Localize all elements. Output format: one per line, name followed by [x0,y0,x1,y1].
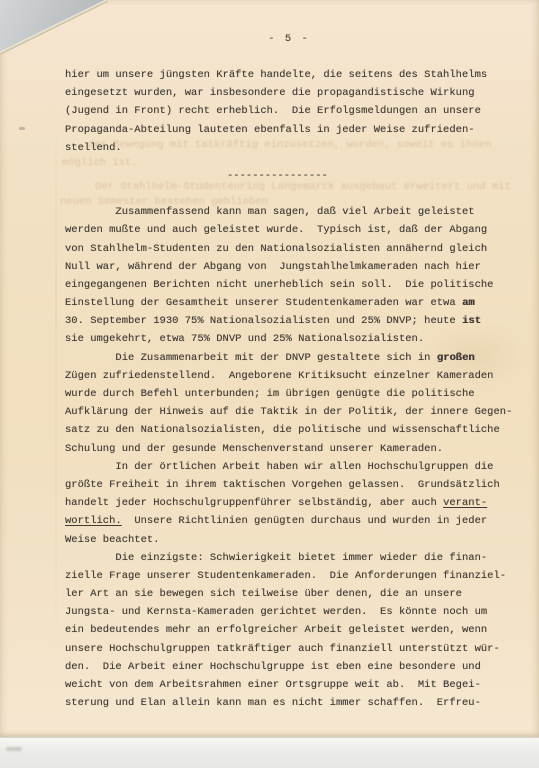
text-line: Zügen zufriedenstellend. Angeborene Krit… [65,367,527,385]
text-line: ein bedeutendes mehr an erfolgreicher Ar… [65,621,527,639]
smudge-mark [6,747,22,751]
text-line: sterung und Elan allein kann man es nich… [65,694,527,712]
text-line: ler Art an sie bewegen sich teilweise üb… [65,585,527,603]
text-line: wortlich. Unsere Richtlinien genügten du… [65,512,527,530]
paragraph: Die einzigste: Schwierigkeit bietet imme… [65,549,527,713]
document-body: hier um unsere jüngsten Kräfte handelte,… [65,66,527,712]
text-line: weicht von dem Arbeitsrahmen einer Ortsg… [65,676,527,694]
text-line: Zusammenfassend kann man sagen, daß viel… [65,203,527,221]
text-line: wurde durch Befehl unterbunden; im übrig… [65,385,527,403]
page-number: - 5 - [65,33,513,45]
text-line: Die einzigste: Schwierigkeit bietet imme… [65,549,527,567]
text-line: von Stahlhelm-Studenten zu den Nationals… [65,240,527,258]
paper-crease [55,90,57,690]
text-line: unsere Hochschulgruppen tatkräftiger auc… [65,640,527,658]
ink-speck [19,127,25,130]
text-line: 30. September 1930 75% Nationalsozialist… [65,312,527,330]
paper-sheet: - 5 - der Bewegung mit tatkräftig einzus… [0,0,539,737]
text-line: Propaganda-Abteilung lauteten ebenfalls … [65,121,527,139]
text-line: stellend. [65,139,527,157]
section-separator: ---------------- [65,167,527,185]
scanned-document-page: - 5 - der Bewegung mit tatkräftig einzus… [0,0,539,768]
text-line: Die Zusammenarbeit mit der DNVP gestalte… [65,349,527,367]
text-line: Schulung und der gesunde Menschenverstan… [65,440,527,458]
text-line: eingegangenen Berichten nicht unerheblic… [65,276,527,294]
text-line: Einstellung der Gesamtheit unserer Stude… [65,294,527,312]
text-line: werden mußte und auch geleistet wurde. T… [65,221,527,239]
paragraph: In der örtlichen Arbeit haben wir allen … [65,458,527,549]
text-line: (Jugend in Front) recht erheblich. Die E… [65,102,527,120]
text-line: größte Freiheit in ihrem taktischen Vorg… [65,476,527,494]
paragraph: Die Zusammenarbeit mit der DNVP gestalte… [65,349,527,458]
text-line: Jungsta- und Kernsta-Kameraden gerichtet… [65,603,527,621]
text-line: Weise beachtet. [65,531,527,549]
text-line: sie umgekehrt, etwa 75% DNVP und 25% Nat… [65,330,527,348]
text-line: satz zu den Nationalsozialisten, die pol… [65,421,527,439]
text-line: den. Die Arbeit einer Hochschulgruppe is… [65,658,527,676]
text-line: Aufklärung der Hinweis auf die Taktik in… [65,403,527,421]
text-line: eingesetzt wurden, war insbesondere die … [65,84,527,102]
scanner-background-strip [0,737,539,768]
paragraph: Zusammenfassend kann man sagen, daß viel… [65,203,527,349]
text-line: handelt jeder Hochschulgruppenführer sel… [65,494,527,512]
text-line: In der örtlichen Arbeit haben wir allen … [65,458,527,476]
text-line: zielle Frage unserer Studentenkameraden.… [65,567,527,585]
text-line: Null war, während der Abgang von Jungsta… [65,258,527,276]
paragraph: hier um unsere jüngsten Kräfte handelte,… [65,66,527,157]
text-line: hier um unsere jüngsten Kräfte handelte,… [65,66,527,84]
